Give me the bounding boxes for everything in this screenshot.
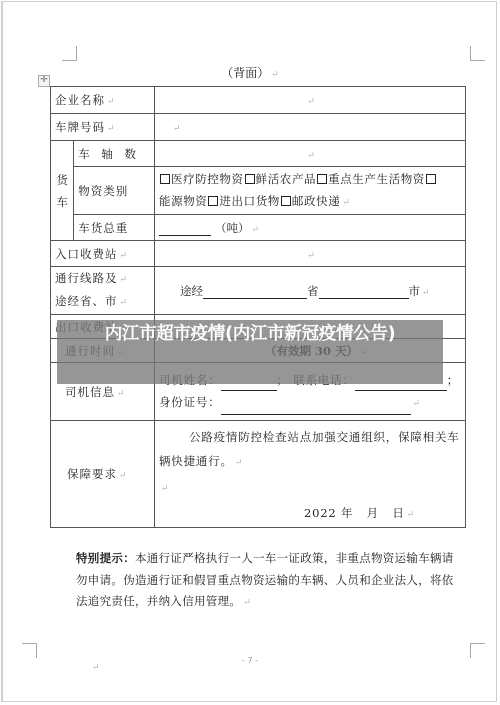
notice-heading: 特别提示： [76,551,135,565]
signature-date: 2022 年 月 日↵ [159,501,461,527]
checkbox-medical[interactable] [160,174,170,184]
pass-form-table: 企业名称↵ ↵ 车牌号码↵ ↵ 货 车 车 轴 数 ↵ 物资类别 医疗防控物资鲜… [50,86,466,528]
guarantee-field: 公路疫情防控检查站点加强交通组织，保障相关车辆快捷通行。↵ ↵ 2022 年 月… [155,421,466,528]
row-axle-count: 货 车 车 轴 数 ↵ [51,141,466,167]
overlay-title: 内江市超市疫情(内江市新冠疫情公告) [57,322,443,346]
page-number: - 7 - [0,656,500,665]
axle-count-label: 车 轴 数 [74,141,155,167]
axle-count-field[interactable]: ↵ [155,141,466,167]
entry-toll-label: 入口收费站↵ [51,241,155,267]
row-cargo-type: 物资类别 医疗防控物资鲜活农产品重点生产生活物资 能源物资进出口货物邮政快递↵ [51,167,466,215]
cargo-type-options: 医疗防控物资鲜活农产品重点生产生活物资 能源物资进出口货物邮政快递↵ [155,167,466,215]
company-name-label: 企业名称↵ [51,87,155,114]
checkbox-fresh-produce[interactable] [245,174,255,184]
checkbox-import-export[interactable] [208,196,218,206]
special-notice: 特别提示：本通行证严格执行一人一车一证政策，非重点物资运输车辆请勿申请。伪造通行… [76,548,461,615]
row-entry-toll: 入口收费站↵ ↵ [51,241,466,267]
row-plate-number: 车牌号码↵ ↵ [51,114,466,141]
row-guarantee: 保障要求↵ 公路疫情防控检查站点加强交通组织，保障相关车辆快捷通行。↵ ↵ 20… [51,421,466,528]
page-side-title: （背面）↵ [0,64,500,81]
total-weight-field[interactable]: （吨）↵ [155,215,466,241]
checkbox-postal[interactable] [281,196,291,206]
checkbox-key-supplies[interactable] [317,174,327,184]
truck-group-label: 货 车 [51,141,74,241]
guarantee-label: 保障要求↵ [51,421,155,528]
route-field[interactable]: 途经省市↵ [155,267,466,315]
plate-number-field[interactable]: ↵ [155,114,466,141]
entry-toll-field[interactable]: ↵ [155,241,466,267]
paragraph-mark-icon: ↵ [271,70,279,80]
driver-id-input[interactable] [221,402,411,415]
company-name-field[interactable]: ↵ [155,87,466,114]
cargo-type-label: 物资类别 [74,167,155,215]
row-company-name: 企业名称↵ ↵ [51,87,466,114]
total-weight-label: 车货总重 [74,215,155,241]
crop-mark-top-right [470,46,485,61]
table-move-handle-icon[interactable]: ✛ [38,75,50,87]
row-route: 通行线路及↵ 途经省、市↵ 途经省市↵ [51,267,466,315]
plate-number-label: 车牌号码↵ [51,114,155,141]
route-label: 通行线路及↵ 途经省、市↵ [51,267,155,315]
checkbox-energy[interactable] [426,174,436,184]
row-total-weight: 车货总重 （吨）↵ [51,215,466,241]
guarantee-text: 公路疫情防控检查站点加强交通组织，保障相关车辆快捷通行。↵ [159,425,461,475]
crop-mark-top-left [62,46,77,61]
